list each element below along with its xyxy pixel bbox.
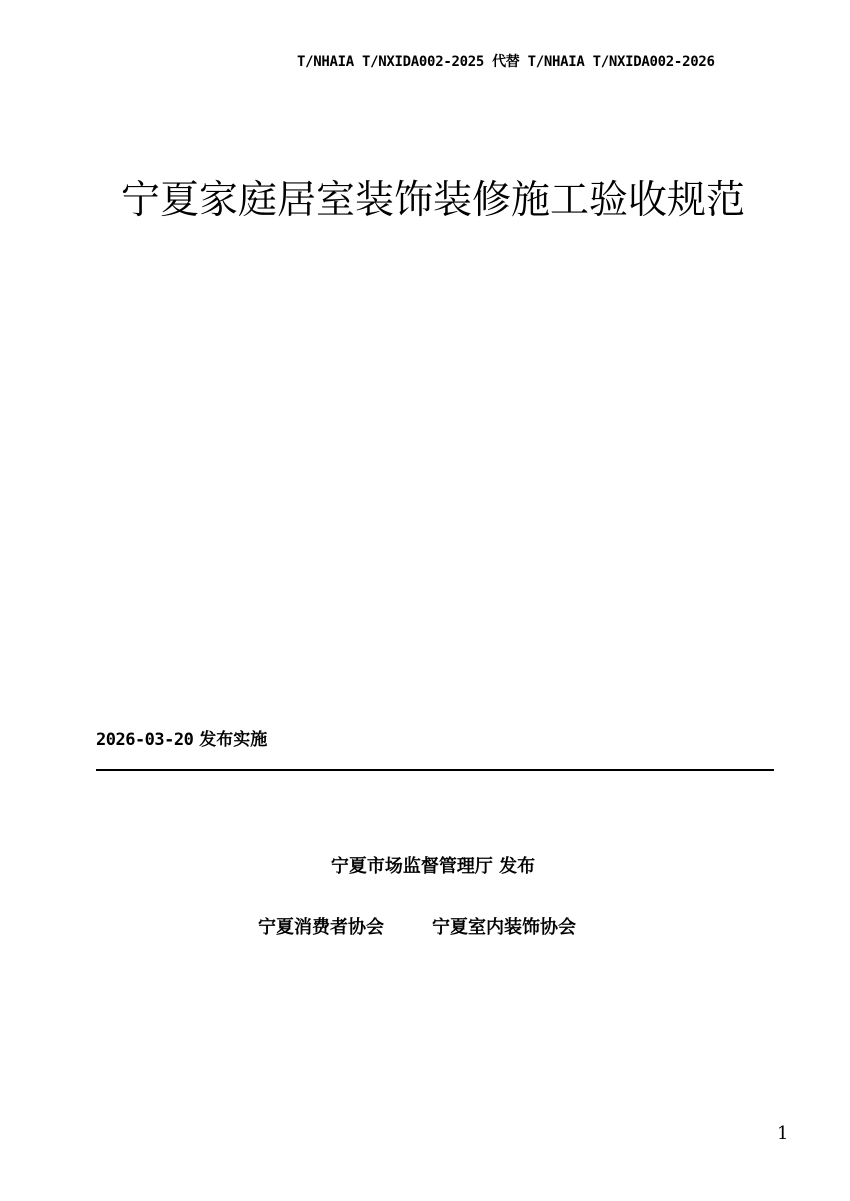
document-page: T/NHAIA T/NXIDA002-2025 代替 T/NHAIA T/NXI… bbox=[0, 0, 850, 1201]
publisher: 宁夏市场监督管理厅 发布 bbox=[0, 854, 850, 880]
horizontal-rule bbox=[96, 769, 774, 771]
co-publisher-consumers-association: 宁夏消费者协会 bbox=[258, 917, 384, 938]
standard-code: T/NHAIA T/NXIDA002-2025 代替 T/NHAIA T/NXI… bbox=[297, 52, 715, 72]
co-publishers: 宁夏消费者协会宁夏室内装饰协会 bbox=[258, 915, 576, 941]
page-number: 1 bbox=[777, 1122, 788, 1146]
co-publisher-interior-decoration-association: 宁夏室内装饰协会 bbox=[432, 917, 576, 938]
release-label: 发布实施 bbox=[199, 730, 267, 750]
release-date: 2026-03-20 bbox=[96, 730, 193, 750]
release-date-line: 2026-03-20 发布实施 bbox=[96, 728, 267, 752]
document-title: 宁夏家庭居室装饰装修施工验收规范 bbox=[0, 172, 850, 230]
